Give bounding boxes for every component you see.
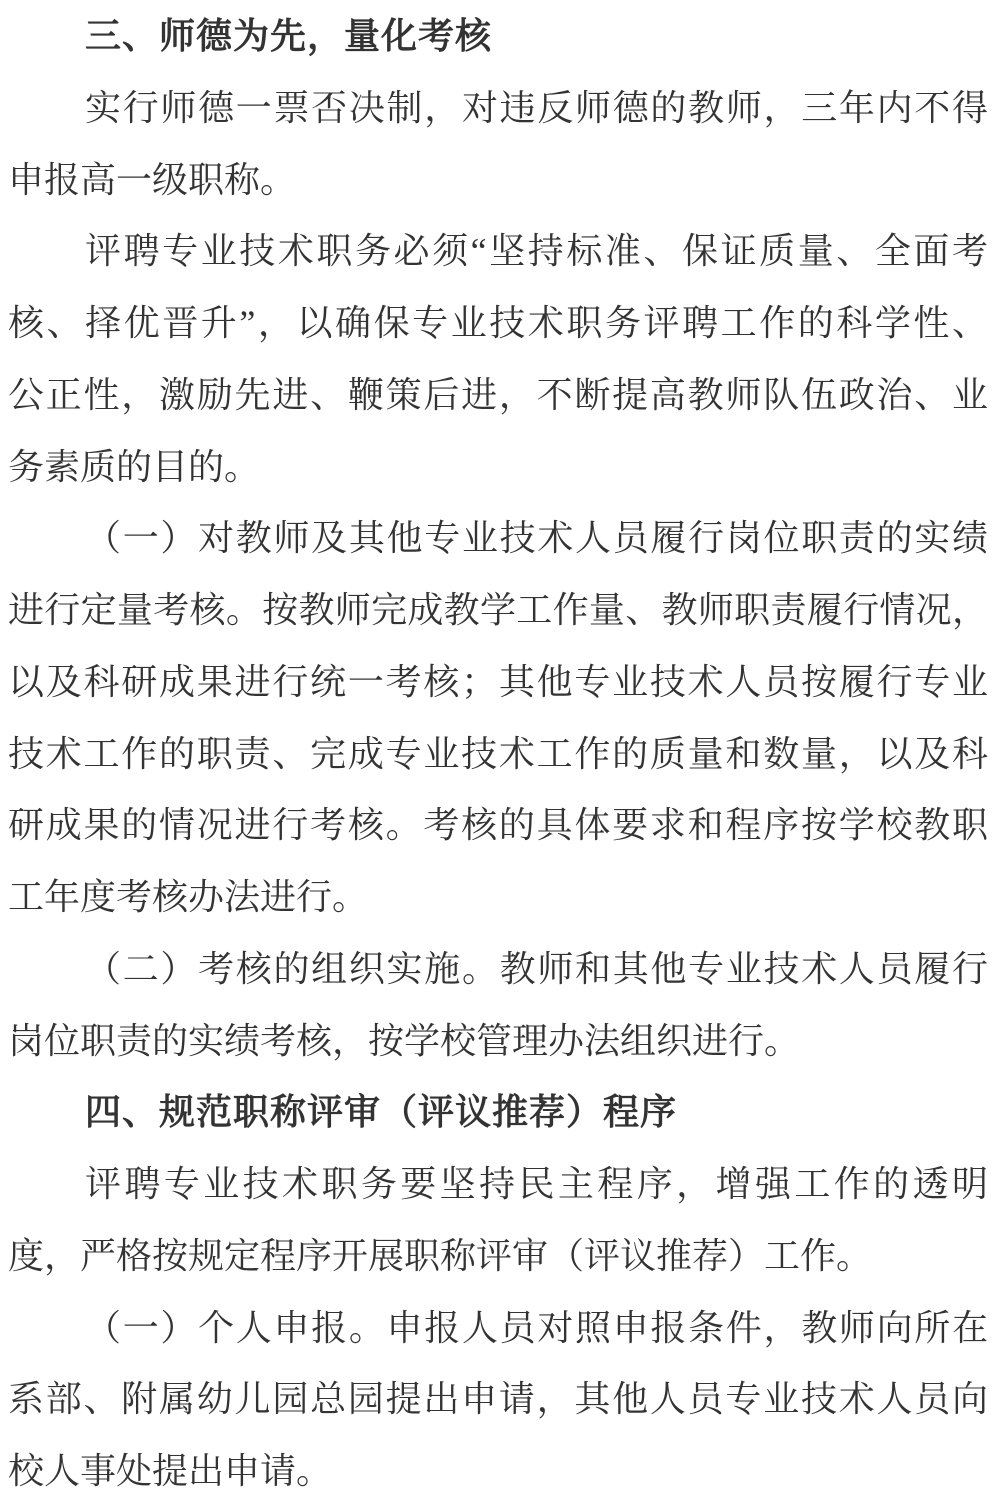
section-heading-4: 四、规范职称评审（评议推荐）程序 bbox=[8, 1077, 988, 1149]
paragraph-line: 岗位职责的实绩考核，按学校管理办法组织进行。 bbox=[8, 1006, 988, 1078]
paragraph-line: 度，严格按规定程序开展职称评审（评议推荐）工作。 bbox=[8, 1221, 988, 1293]
paragraph-line: 公正性，激励先进、鞭策后进，不断提高教师队伍政治、业 bbox=[8, 360, 988, 432]
paragraph-line: 核、择优晋升”，以确保专业技术职务评聘工作的科学性、 bbox=[8, 288, 988, 360]
paragraph-line: 以及科研成果进行统一考核；其他专业技术人员按履行专业 bbox=[8, 647, 988, 719]
paragraph-line: 评聘专业技术职务要坚持民主程序，增强工作的透明 bbox=[8, 1149, 988, 1221]
paragraph-line: 技术工作的职责、完成专业技术工作的质量和数量，以及科 bbox=[8, 719, 988, 791]
paragraph-line: 实行师德一票否决制，对违反师德的教师，三年内不得 bbox=[8, 73, 988, 145]
paragraph-line: 申报高一级职称。 bbox=[8, 145, 988, 217]
paragraph-line: （一）对教师及其他专业技术人员履行岗位职责的实绩 bbox=[8, 503, 988, 575]
paragraph-line: （一）个人申报。申报人员对照申报条件，教师向所在 bbox=[8, 1293, 988, 1365]
paragraph-line: 研成果的情况进行考核。考核的具体要求和程序按学校教职 bbox=[8, 790, 988, 862]
paragraph-line: 评聘专业技术职务必须“坚持标准、保证质量、全面考 bbox=[8, 216, 988, 288]
paragraph-line: 务素质的目的。 bbox=[8, 432, 988, 504]
section-heading-3: 三、师德为先，量化考核 bbox=[8, 1, 988, 73]
paragraph-line: 进行定量考核。按教师完成教学工作量、教师职责履行情况， bbox=[8, 575, 988, 647]
paragraph-line: 工年度考核办法进行。 bbox=[8, 862, 988, 934]
paragraph-line: 校人事处提出申请。 bbox=[8, 1436, 988, 1507]
paragraph-line: 系部、附属幼儿园总园提出申请，其他人员专业技术人员向 bbox=[8, 1364, 988, 1436]
document-page: 三、师德为先，量化考核 实行师德一票否决制，对违反师德的教师，三年内不得 申报高… bbox=[0, 0, 1000, 1507]
paragraph-line: （二）考核的组织实施。教师和其他专业技术人员履行 bbox=[8, 934, 988, 1006]
